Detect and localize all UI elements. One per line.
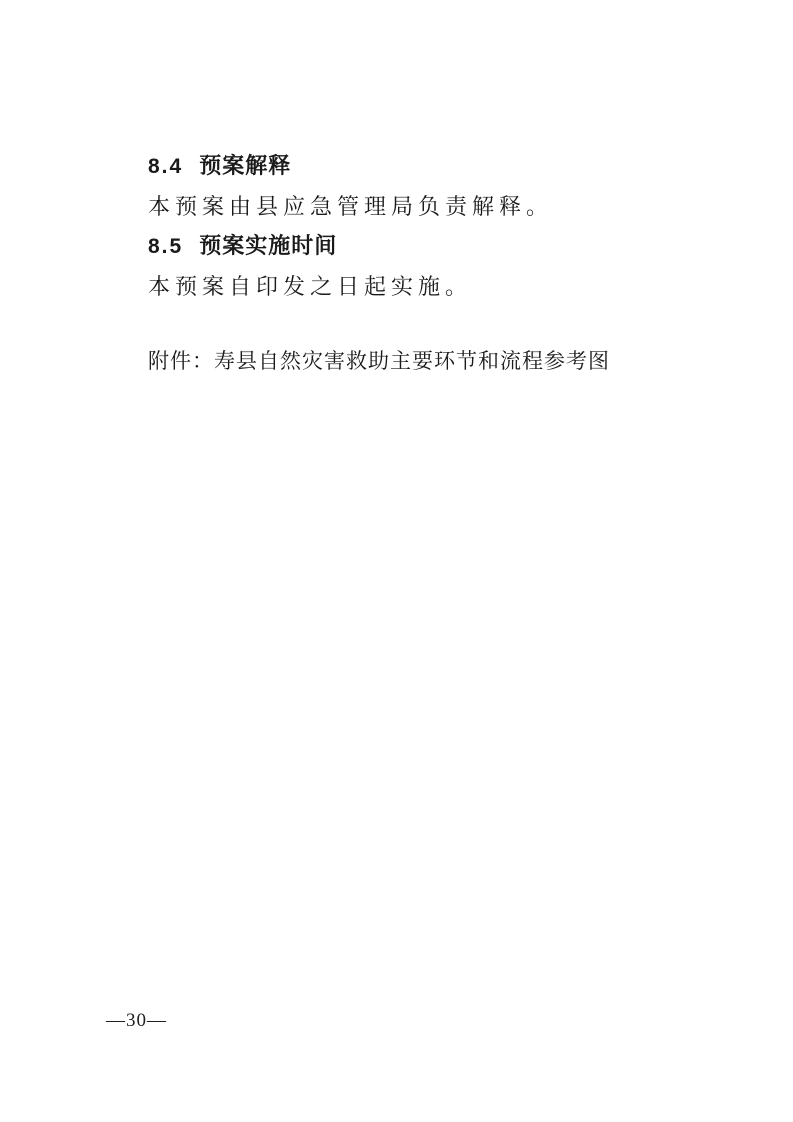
section-title-8-5: 预案实施时间 (199, 233, 337, 258)
section-number-8-5: 8.5 (148, 235, 183, 258)
section-number-8-4: 8.4 (148, 155, 183, 178)
section-title-8-4: 预案解释 (199, 153, 291, 178)
section-body-8-4: 本预案由县应急管理局负责解释。 (148, 193, 553, 221)
section-heading-8-5: 8.5预案实施时间 (148, 232, 337, 261)
attachment-line: 附件：寿县自然灾害救助主要环节和流程参考图 (148, 347, 610, 375)
section-body-8-5: 本预案自印发之日起实施。 (148, 273, 472, 301)
section-heading-8-4: 8.4预案解释 (148, 152, 291, 181)
page-number: —30— (106, 1010, 167, 1032)
document-page: 8.4预案解释 本预案由县应急管理局负责解释。 8.5预案实施时间 本预案自印发… (0, 0, 793, 1122)
